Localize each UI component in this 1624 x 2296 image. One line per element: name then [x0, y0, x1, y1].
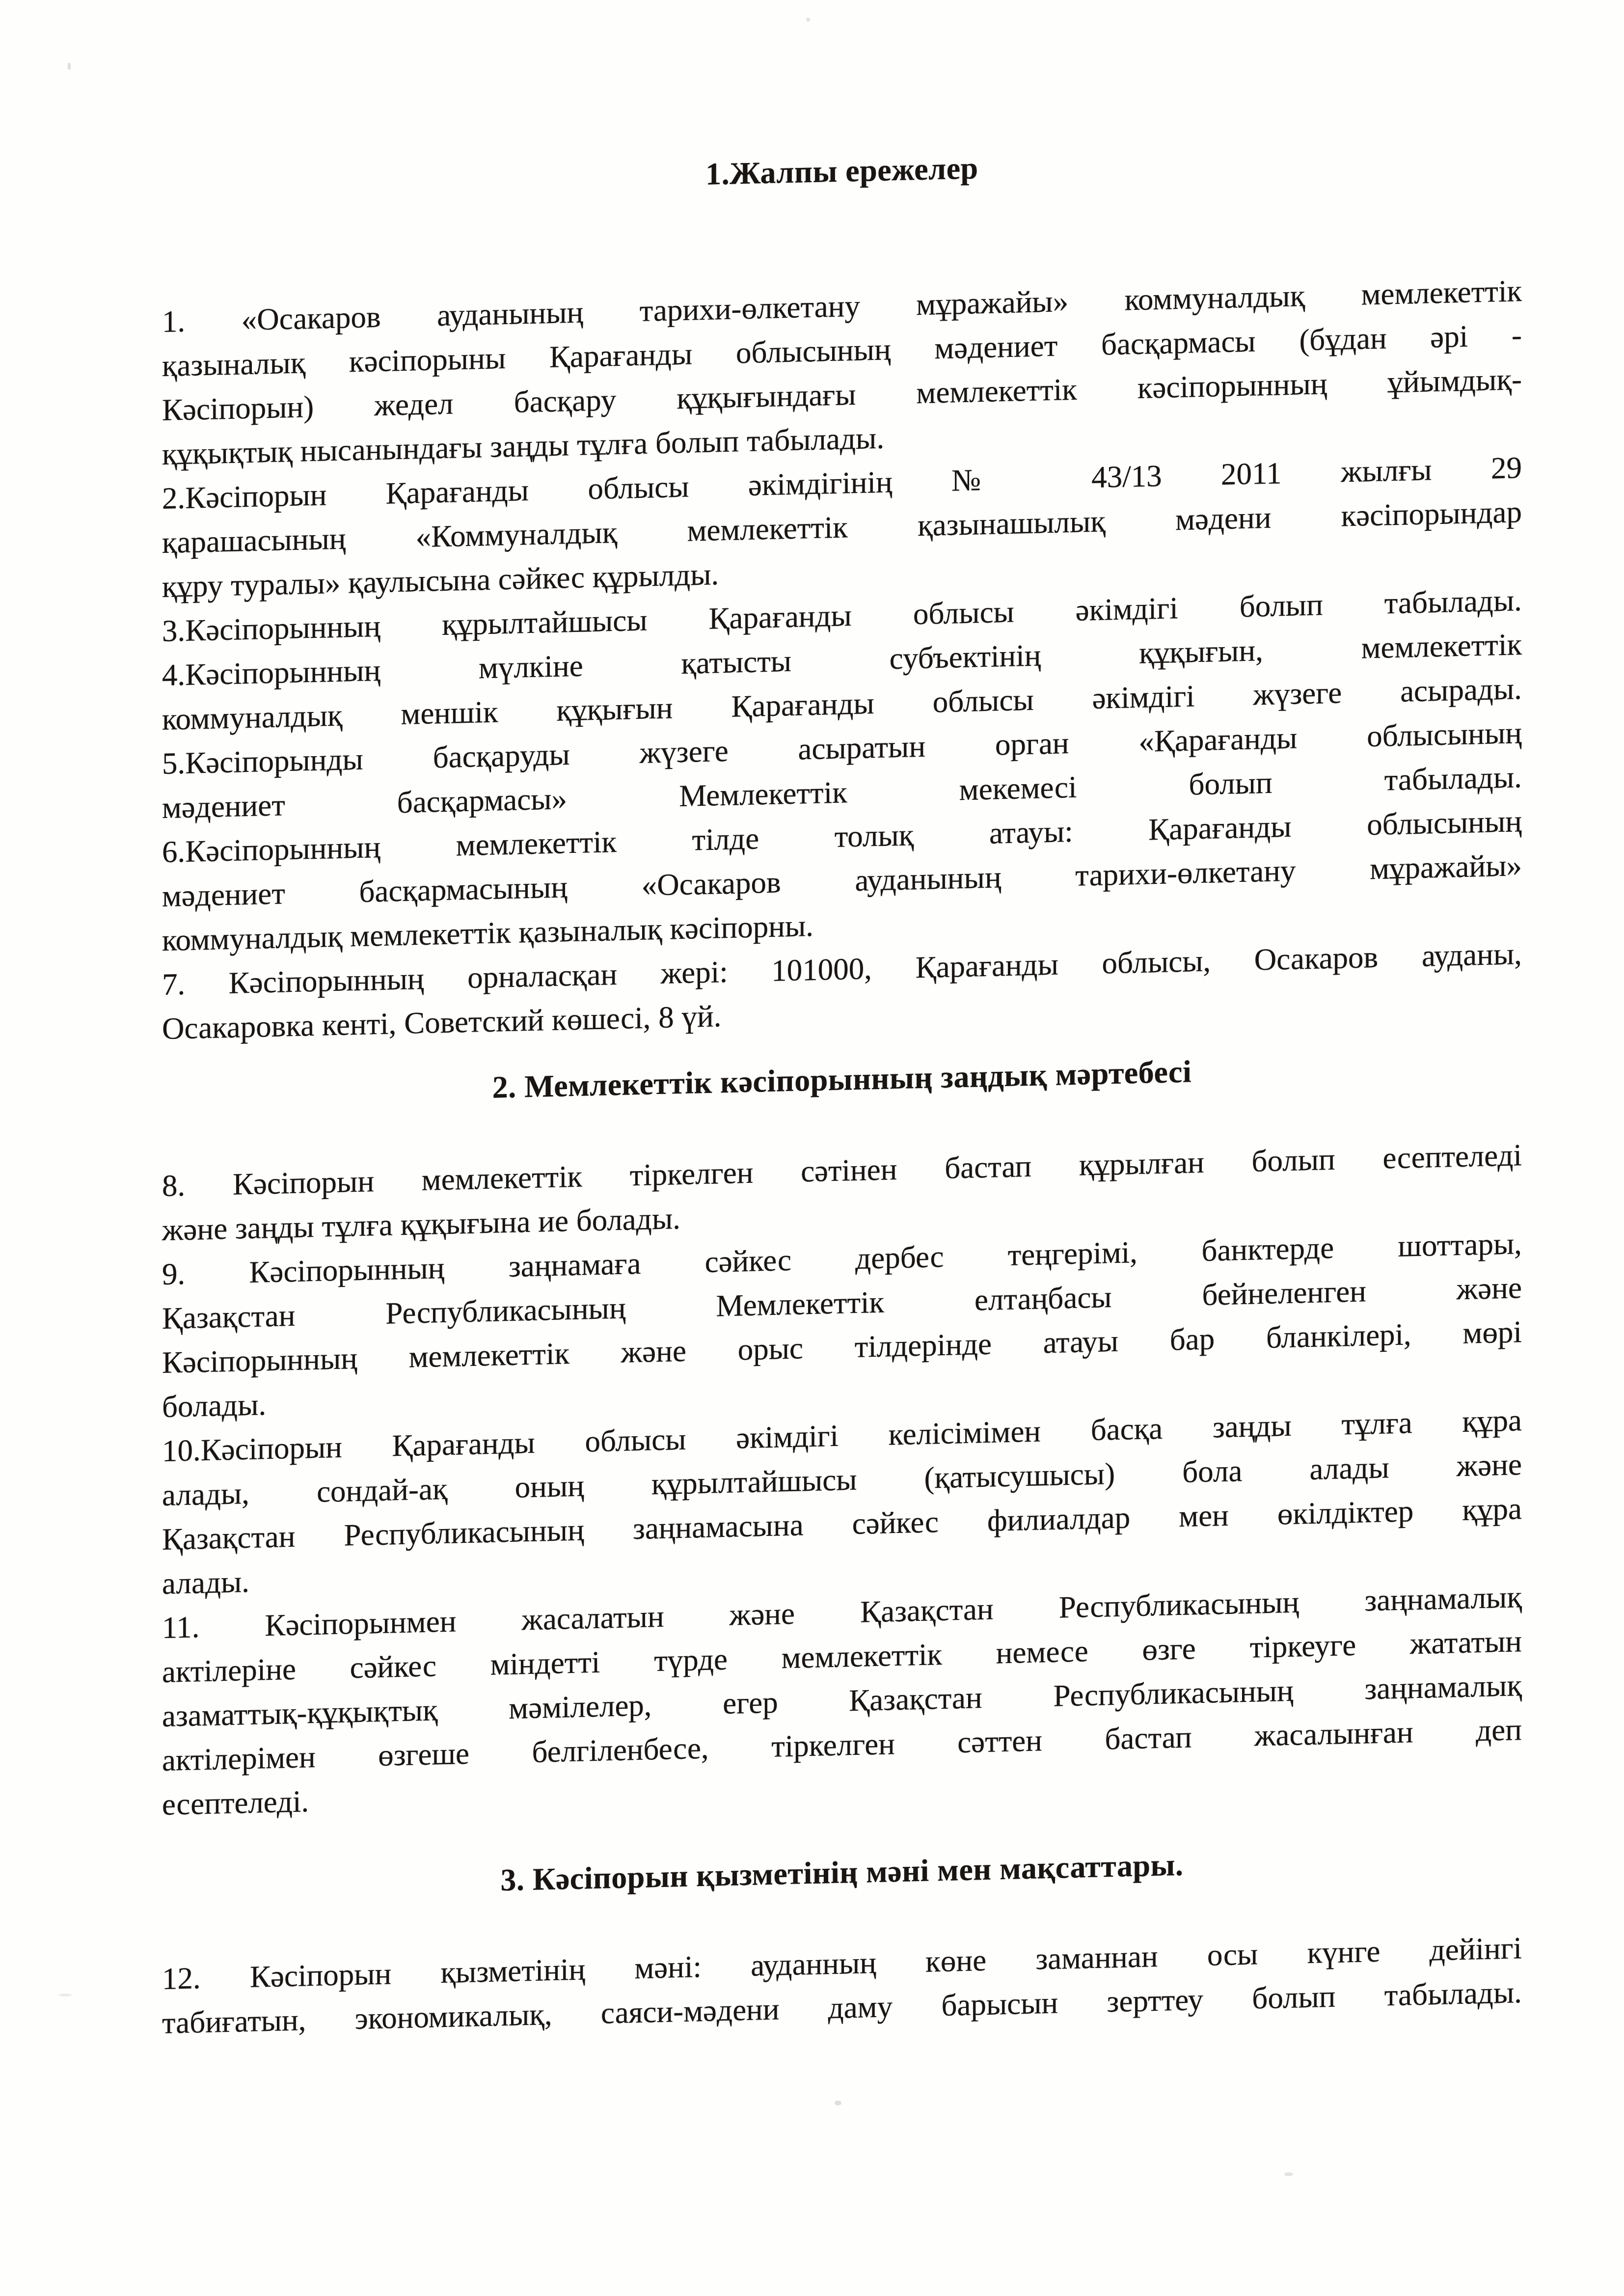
scanned-document-page: 1.Жалпы ережелер 1. «Осакаров ауданының … [0, 0, 1624, 2296]
scan-speckle [59, 1994, 72, 1996]
scan-speckle [1284, 2172, 1293, 2176]
scan-speckle [806, 18, 810, 22]
section-3-heading: 3. Кәсіпорын қызметінің мәні мен мақсатт… [162, 1837, 1522, 1908]
section-2-heading: 2. Мемлекеттік кәсіпорынның заңдық мәрте… [162, 1044, 1522, 1115]
section-1-heading: 1.Жалпы ережелер [162, 136, 1522, 206]
scan-speckle [68, 63, 71, 70]
section-3-body: 12. Кәсіпорын қызметінің мәні: ауданның … [162, 1926, 1522, 2045]
section-1-body: 1. «Осакаров ауданының тарихи-өлкетану м… [162, 269, 1522, 1051]
section-2-body: 8. Кәсіпорын мемлекеттік тіркелген сәтін… [162, 1133, 1522, 1827]
scan-speckle [835, 2101, 841, 2105]
document-text-block: 1.Жалпы ережелер 1. «Осакаров ауданының … [162, 0, 1522, 2045]
